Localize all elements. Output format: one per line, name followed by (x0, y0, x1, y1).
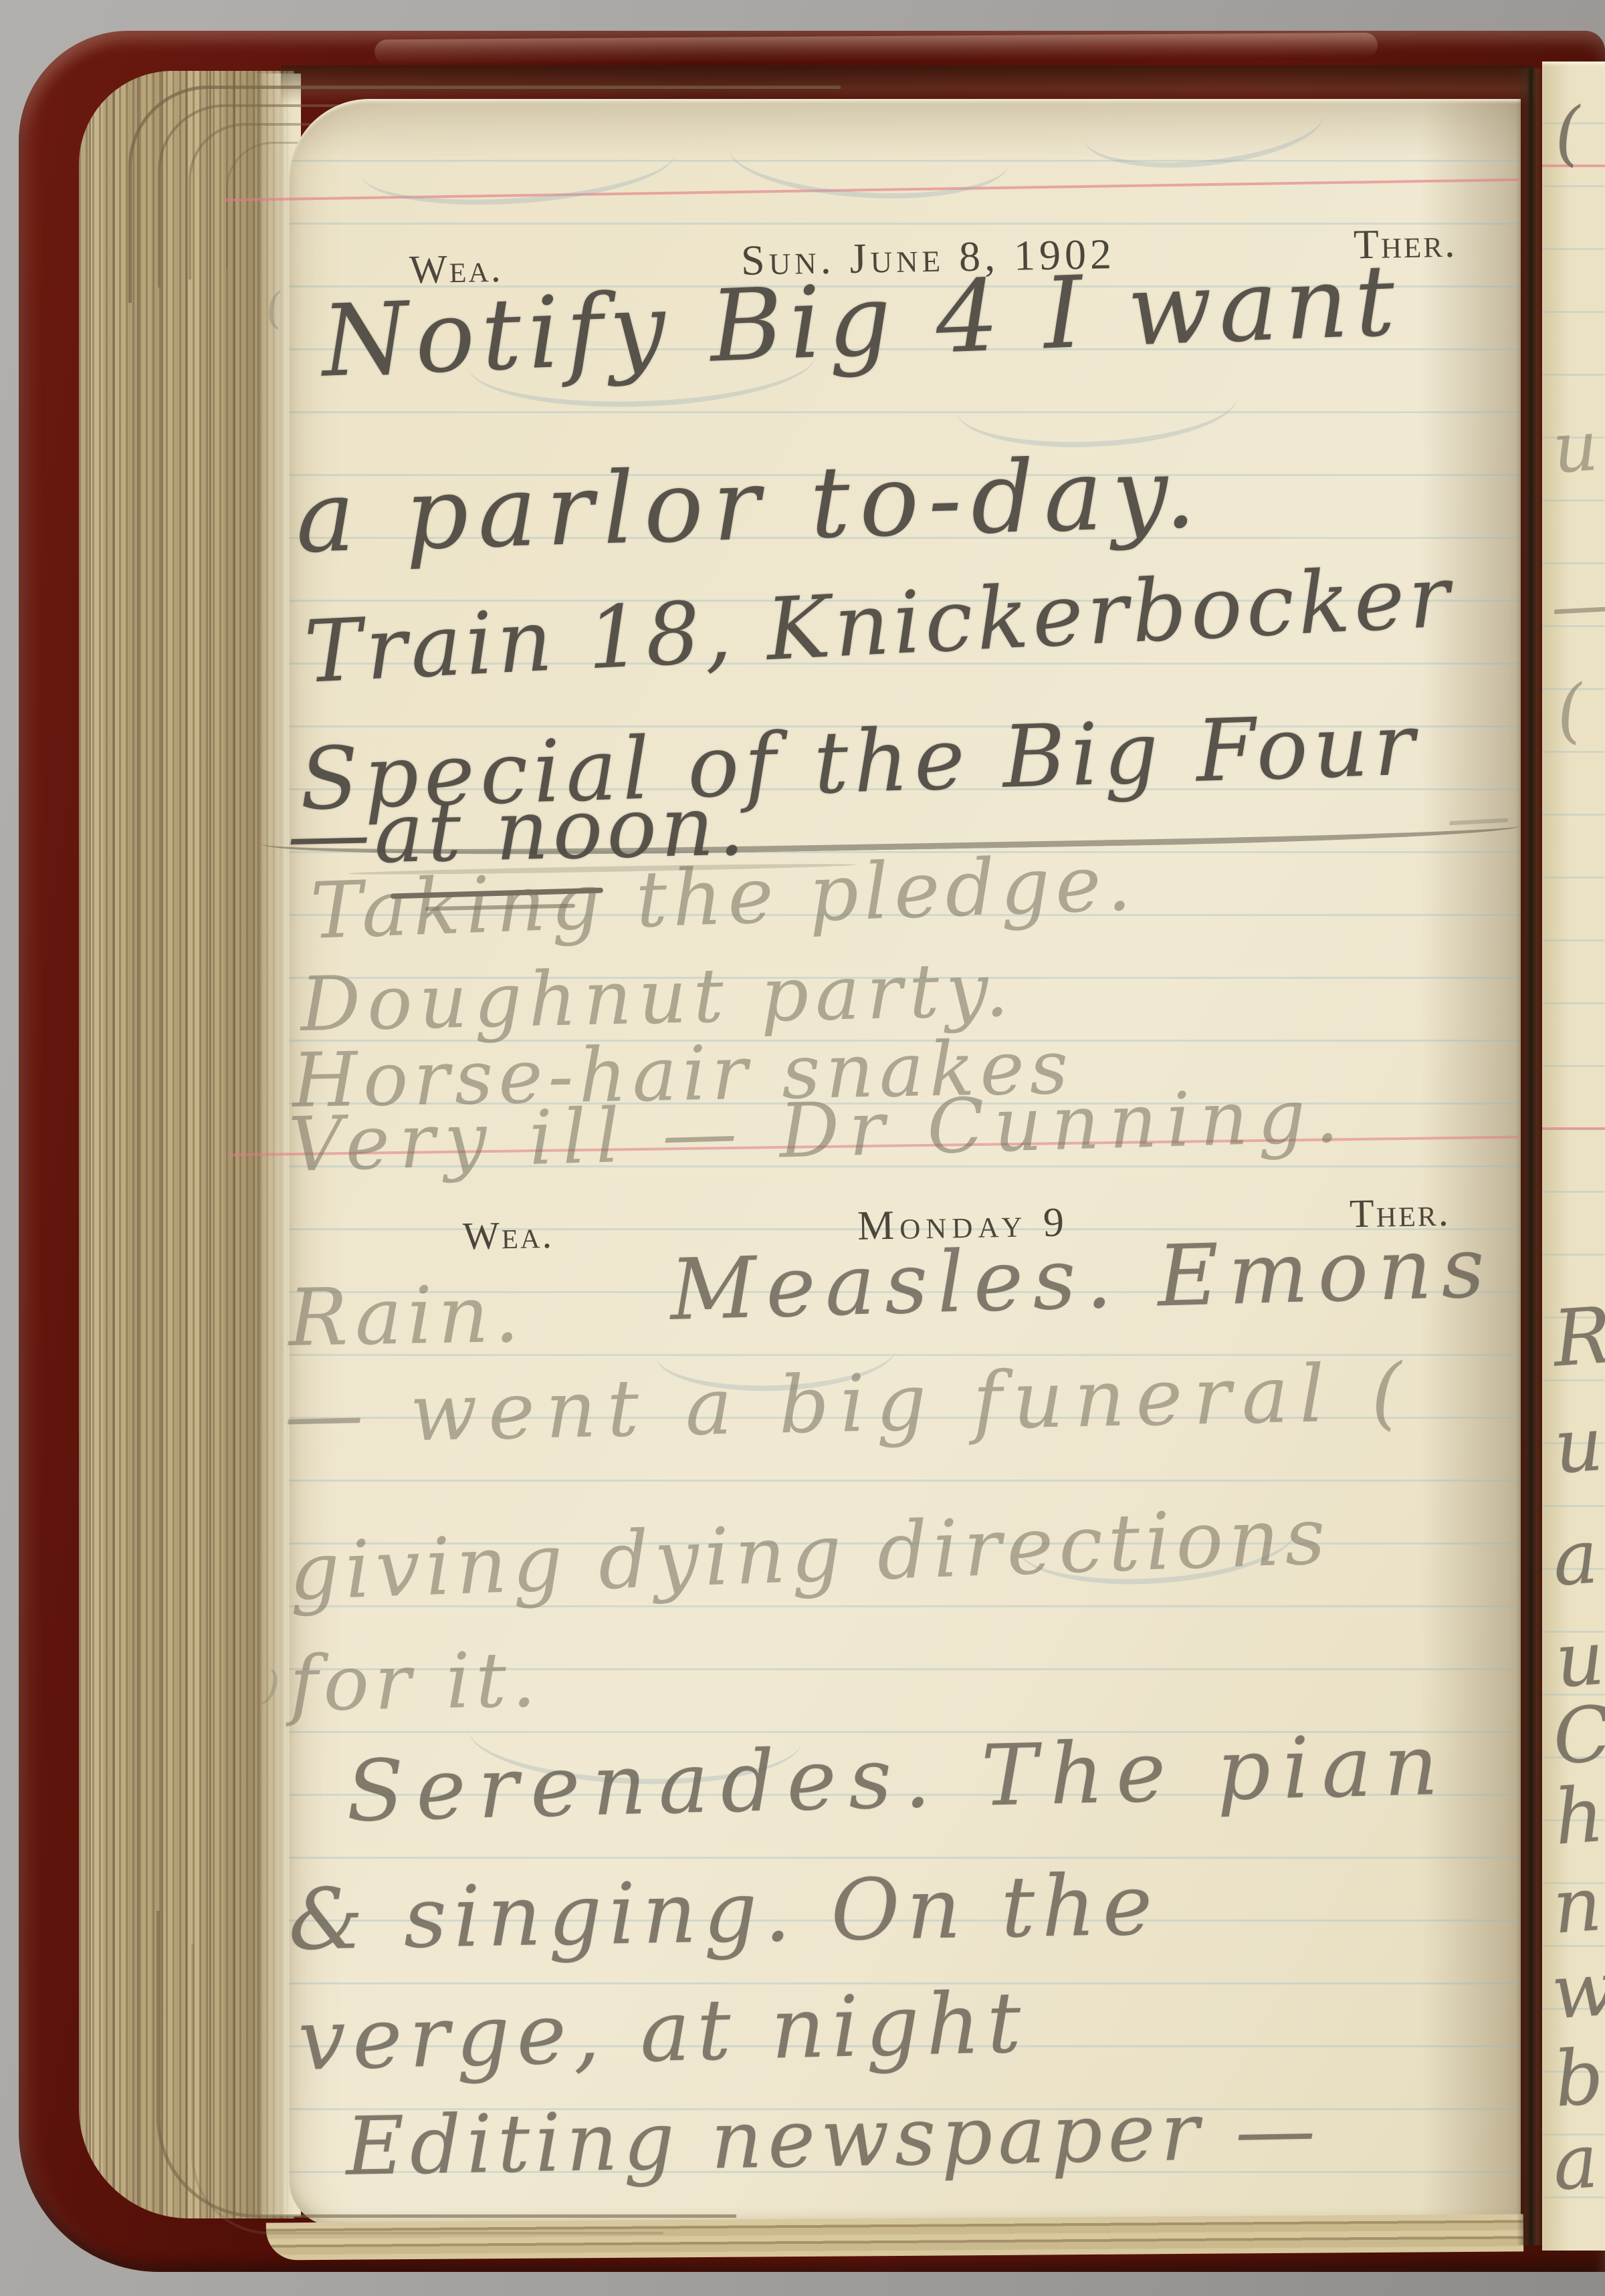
handwriting-fragment: w (1549, 1945, 1605, 2036)
handwritten-line: & singing. On the (288, 1855, 1160, 1969)
stray-mark: — (1444, 778, 1513, 856)
handwritten-line: for it. (289, 1635, 542, 1728)
handwriting-fragment: — (1549, 562, 1605, 647)
handwriting-fragment: C (1550, 1689, 1605, 1782)
handwriting-fragment: a (1550, 1513, 1601, 1603)
handwriting-fragment: u (1550, 405, 1600, 489)
handwriting-fragment: n (1550, 1861, 1604, 1951)
red-margin-line-right-page (1542, 1127, 1605, 1130)
handwriting-fragment: h (1551, 1770, 1605, 1862)
handwritten-line: Editing newspaper — (345, 2084, 1321, 2194)
handwritten-line: verge, at night (297, 1973, 1029, 2089)
handwriting-fragment: b (1551, 2032, 1605, 2124)
diary-scan-photo: Wea. Sun. June 8, 1902 Ther. Wea. Monday… (0, 0, 1605, 2296)
handwriting-fragment: a (1550, 2117, 1601, 2207)
handwriting-fragment: R (1550, 1290, 1605, 1385)
handwriting-fragment: ( (1551, 92, 1584, 175)
handwritten-line: Rain. (288, 1268, 526, 1364)
monday-weather-label: Wea. (462, 1212, 554, 1258)
gutter-shadow (1517, 68, 1542, 2245)
handwriting-fragment: u (1551, 1401, 1605, 1491)
